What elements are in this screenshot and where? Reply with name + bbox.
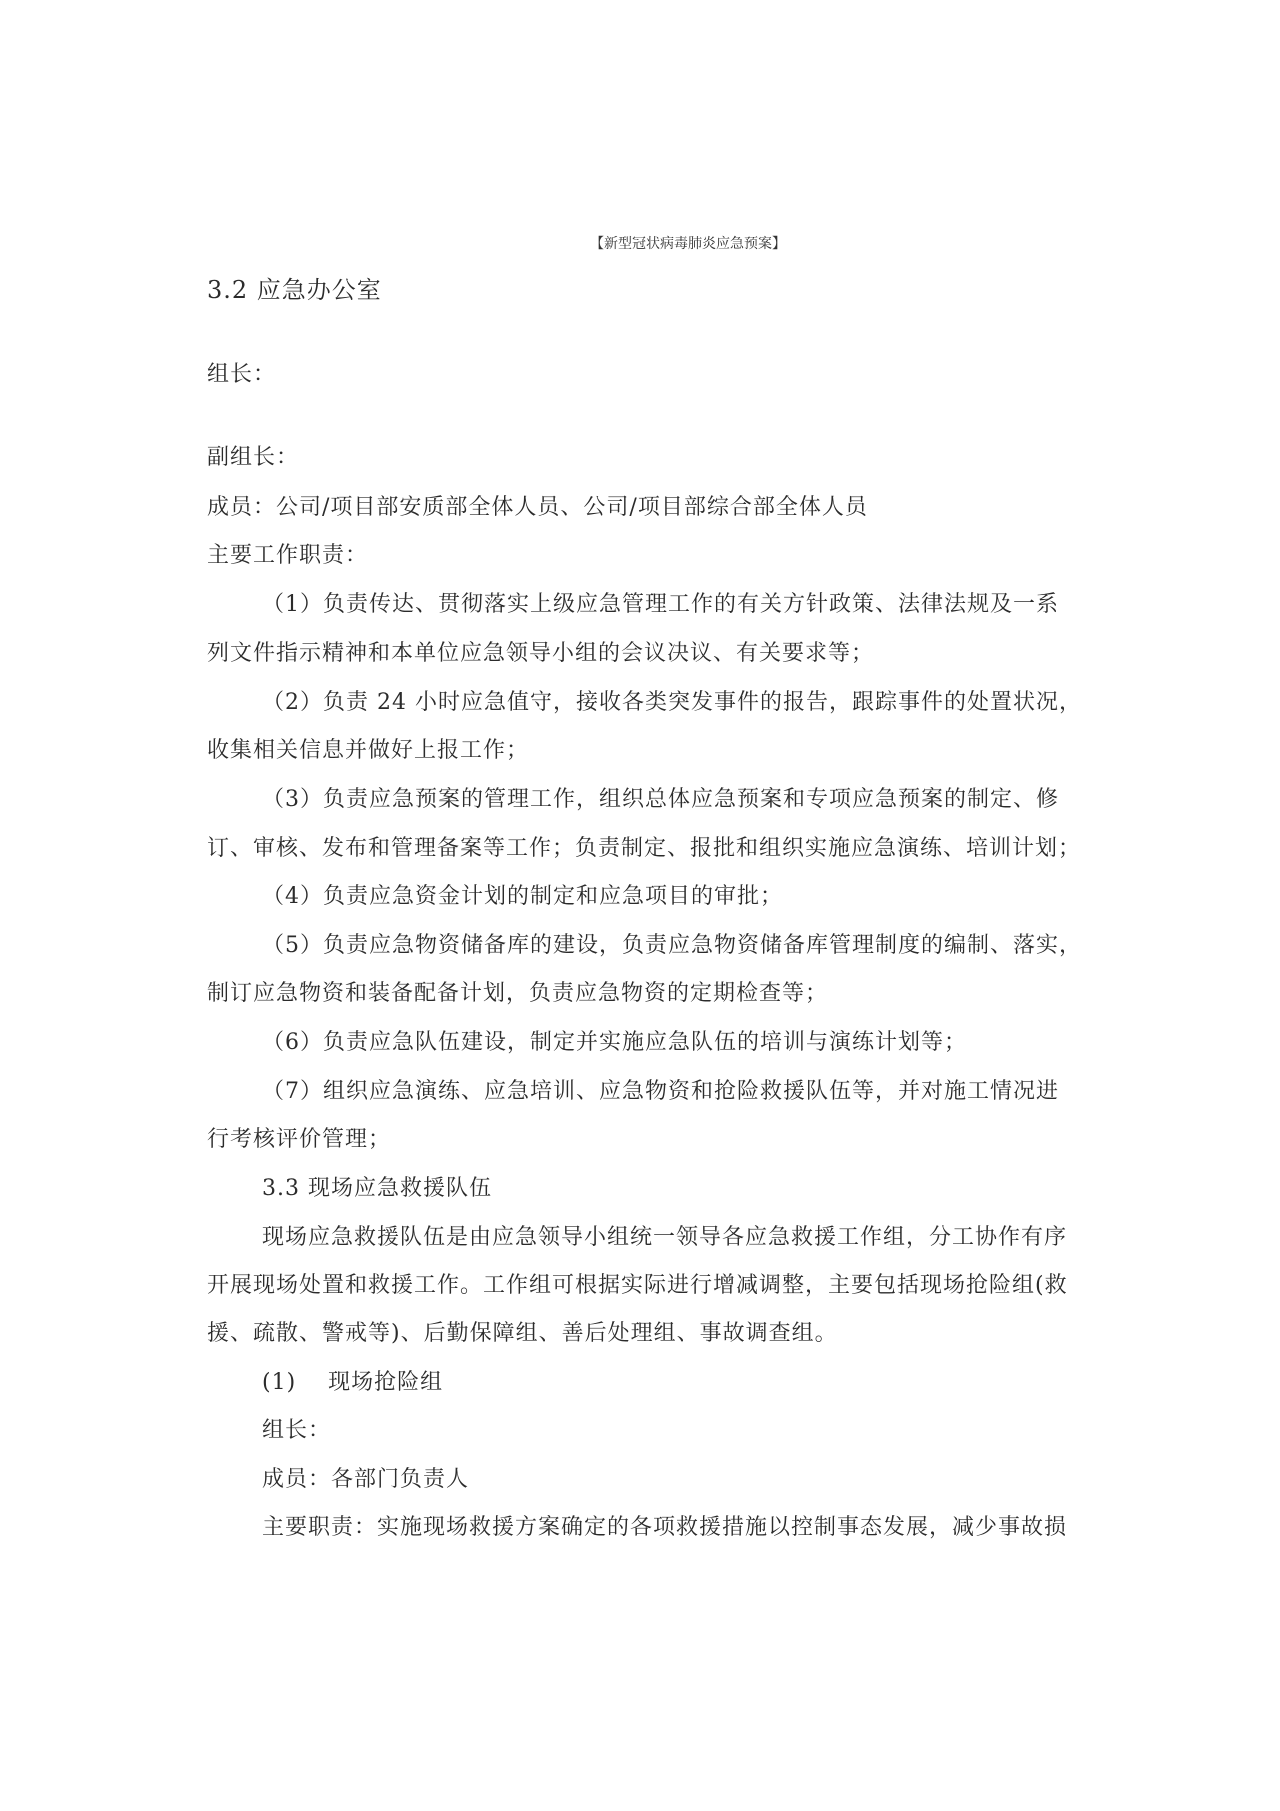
duty-1: （1）负责传达、贯彻落实上级应急管理工作的有关方针政策、法律法规及一系: [262, 590, 1059, 620]
page-header: 【新型冠状病毒肺炎应急预案】: [0, 233, 1280, 253]
duty-5-cont: 制订应急物资和装备配备计划，负责应急物资的定期检查等；: [207, 979, 828, 1009]
group-1-title: (1) 现场抢险组: [262, 1368, 443, 1398]
duty-3: （3）负责应急预案的管理工作，组织总体应急预案和专项应急预案的制定、修: [262, 785, 1059, 815]
leader-label: 组长：: [207, 360, 276, 390]
duty-1-cont: 列文件指示精神和本单位应急领导小组的会议决议、有关要求等；: [207, 639, 874, 669]
section-3-3-para-line-2: 开展现场处置和救援工作。工作组可根据实际进行增减调整，主要包括现场抢险组(救: [207, 1271, 1068, 1301]
group-1-members: 成员：各部门负责人: [262, 1465, 469, 1495]
deputy-leader-label: 副组长：: [207, 443, 299, 473]
group-1-leader: 组长：: [262, 1416, 331, 1446]
members-line: 成员：公司/项目部安质部全体人员、公司/项目部综合部全体人员: [207, 493, 868, 523]
duty-4: （4）负责应急资金计划的制定和应急项目的审批；: [262, 882, 783, 912]
duty-7-cont: 行考核评价管理；: [207, 1125, 391, 1155]
duty-2-cont: 收集相关信息并做好上报工作；: [207, 736, 529, 766]
duty-7: （7）组织应急演练、应急培训、应急物资和抢险救援队伍等，并对施工情况进: [262, 1077, 1059, 1107]
duty-3-cont: 订、审核、发布和管理备案等工作；负责制定、报批和组织实施应急演练、培训计划；: [207, 834, 1081, 864]
section-3-3-para-line-1: 现场应急救援队伍是由应急领导小组统一领导各应急救援工作组，分工协作有序: [262, 1223, 1067, 1253]
section-3-3-para-line-3: 援、疏散、警戒等)、后勤保障组、善后处理组、事故调查组。: [207, 1319, 838, 1349]
document-page: 【新型冠状病毒肺炎应急预案】 3.2 应急办公室 组长： 副组长： 成员：公司/…: [0, 0, 1280, 1811]
group-1-duties: 主要职责：实施现场救援方案确定的各项救援措施以控制事态发展，减少事故损: [262, 1513, 1067, 1543]
duties-label: 主要工作职责：: [207, 541, 368, 571]
duty-2: （2）负责 24 小时应急值守，接收各类突发事件的报告，跟踪事件的处置状况，: [262, 688, 1082, 718]
section-3-2-title: 3.2 应急办公室: [207, 275, 382, 305]
duty-6: （6）负责应急队伍建设，制定并实施应急队伍的培训与演练计划等；: [262, 1028, 967, 1058]
duty-5: （5）负责应急物资储备库的建设，负责应急物资储备库管理制度的编制、落实，: [262, 931, 1082, 961]
section-3-3-title: 3.3 现场应急救援队伍: [262, 1174, 492, 1204]
